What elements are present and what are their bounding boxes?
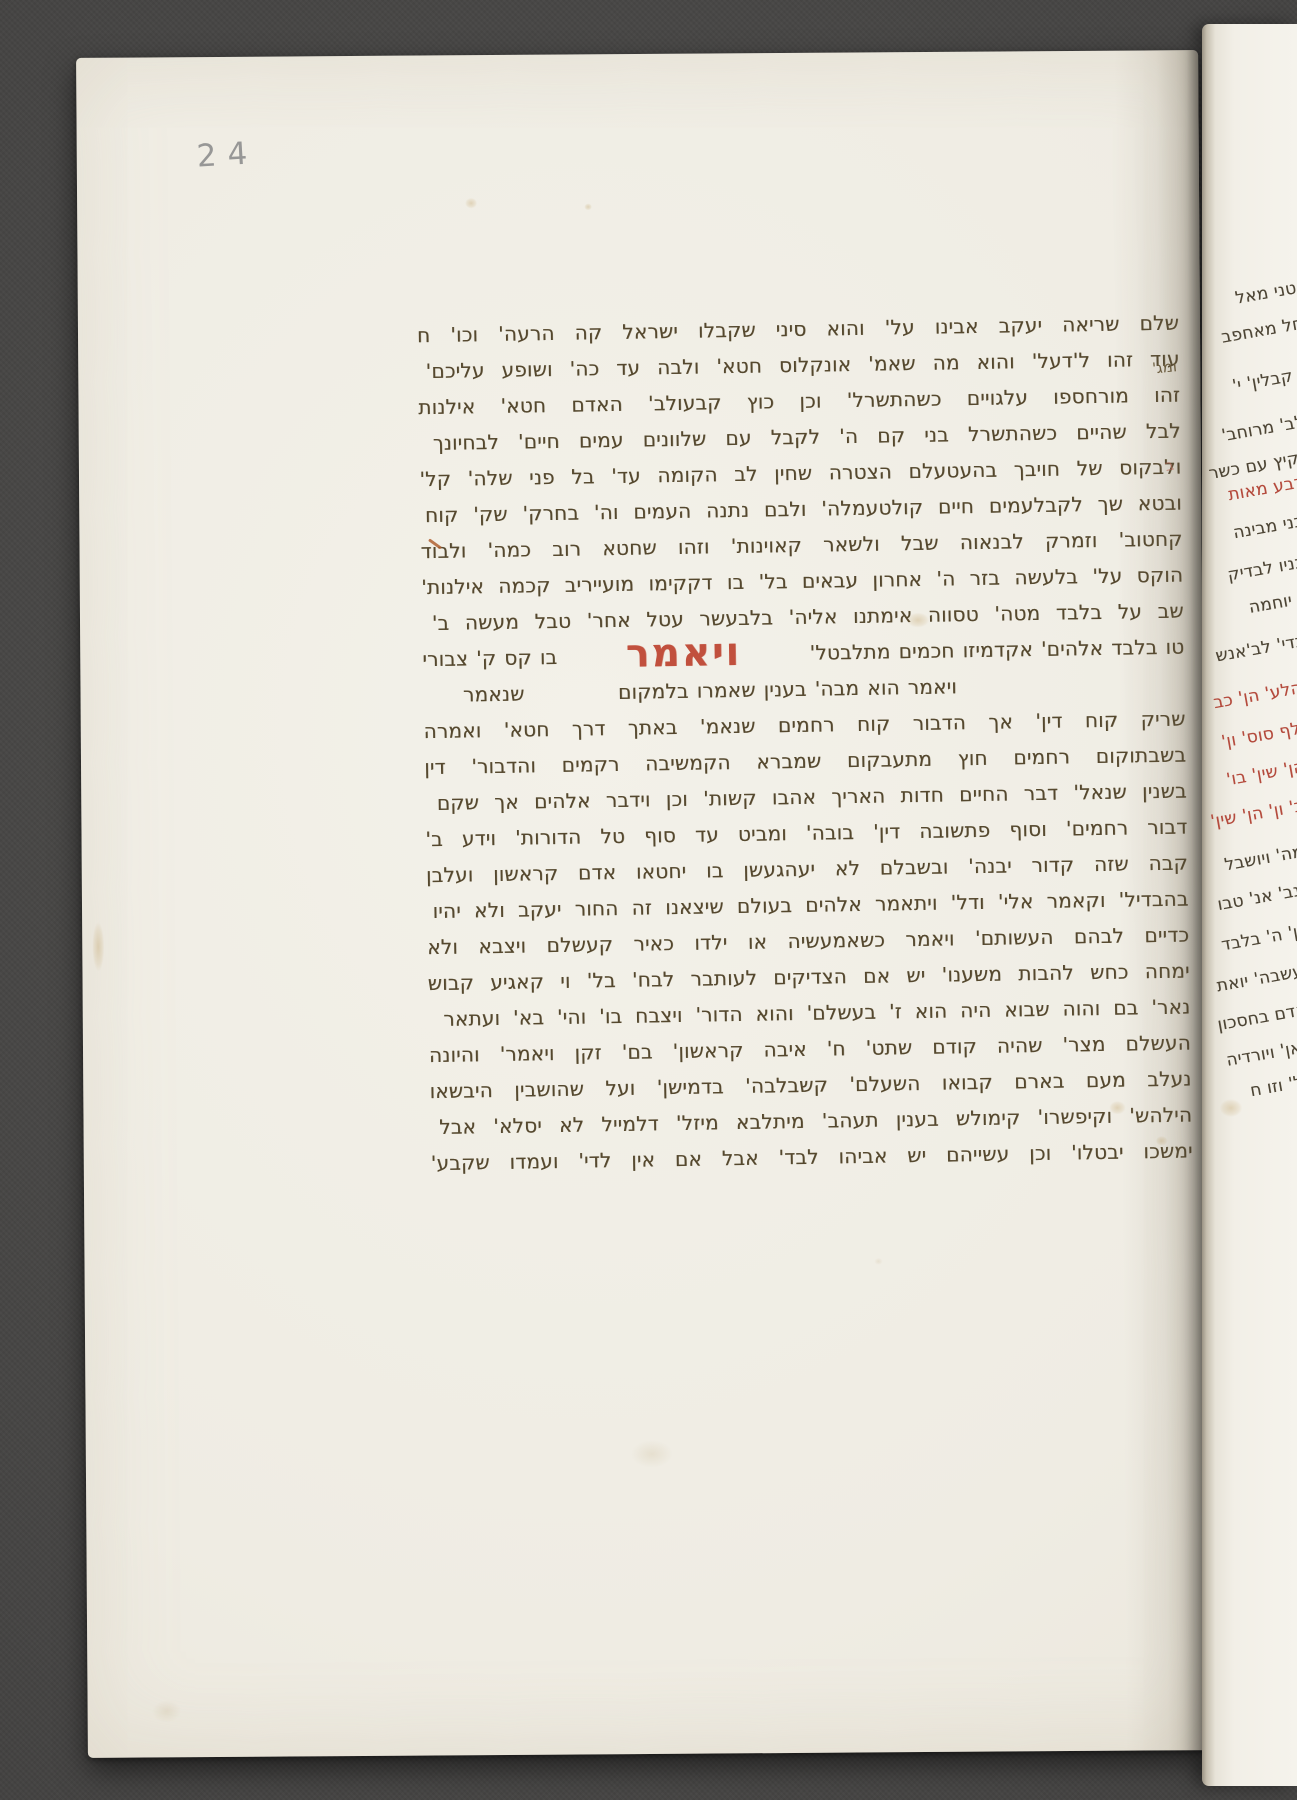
stain bbox=[622, 1434, 682, 1474]
stain bbox=[463, 196, 479, 210]
stain bbox=[583, 202, 593, 211]
leaf-text-fragment: שבו ונניו לבדיק bbox=[1226, 546, 1297, 585]
leaf-text-fragment: קוק טני מאל bbox=[1234, 272, 1297, 309]
leaf-text-fragment: הקן' ה' בלבד bbox=[1220, 918, 1297, 955]
leaf-text-fragment: ו' הלף סוס' ון' bbox=[1220, 714, 1297, 752]
leaf-text-fragment: לש בדי' לב'אנש bbox=[1214, 626, 1297, 666]
manuscript-page: 24 שלם שריאה יעקב אבינו על' והוא סיני שק… bbox=[76, 50, 1210, 1758]
leaf-text-fragment: ררחל מאחפב bbox=[1220, 310, 1297, 348]
stain bbox=[146, 1695, 188, 1727]
leaf-text-fragment: הו ונב' אנ' טבו bbox=[1216, 876, 1297, 915]
stain bbox=[90, 914, 106, 980]
rubric-word-red: ויאמר bbox=[626, 635, 742, 673]
leaf-text-fragment: וב' יוחמה bbox=[1247, 586, 1297, 618]
leaf-text-fragment: ל' לעשבה' יואת bbox=[1215, 956, 1297, 996]
leaf-text-fragment: הלב' ון' הן' שין' bbox=[1209, 792, 1297, 832]
leaf-text-fragment: ה בני מבינה bbox=[1232, 508, 1297, 543]
leaf-text-fragment: ל' אדם בחסכון bbox=[1216, 996, 1297, 1035]
leaf-text-fragment: ס' הלע' הן' כב bbox=[1212, 674, 1297, 713]
gutter-shadow bbox=[1114, 50, 1210, 1751]
leaf-text-fragment: ס טולב' מרוחב' bbox=[1220, 406, 1297, 446]
leaf-text-fragment: אבנ קבלין' י' bbox=[1231, 360, 1297, 396]
section-heading-left-word: שנאמר bbox=[463, 676, 525, 713]
stain bbox=[1216, 1096, 1246, 1120]
leaf-text-fragment: הו קל' וזו ח bbox=[1248, 1066, 1297, 1101]
main-text-block: שלם שריאה יעקב אבינו על' והוא סיני שקבלו… bbox=[417, 305, 1193, 1182]
leaf-text-fragment: הבאן' ויורדיה bbox=[1225, 1034, 1297, 1071]
next-leaf-edge: קוק טני מאל ררחל מאחפב אבנ קבלין' י' ס ט… bbox=[1202, 24, 1297, 1786]
pencil-folio-number: 24 bbox=[196, 135, 259, 175]
stain bbox=[872, 1256, 884, 1266]
rubric-line-post-text: בו קס ק' צבורי bbox=[422, 639, 557, 677]
leaf-text-fragment: החכמה' ויושבל bbox=[1223, 836, 1297, 875]
leaf-text-fragment: וס' הן' שין' בו' bbox=[1225, 752, 1297, 790]
